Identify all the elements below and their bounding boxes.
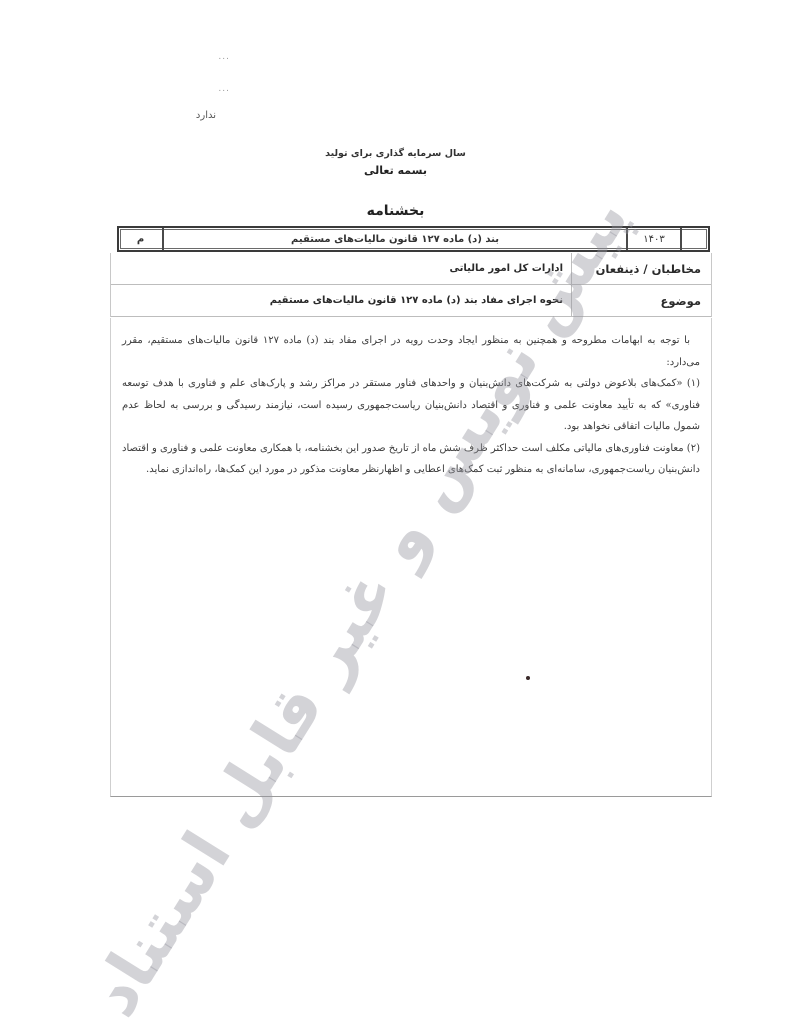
clause-2-paragraph: (۲) معاونت فناوری‌های مالیاتی مکلف است ح… <box>122 438 700 481</box>
letter-date-value: ... <box>190 84 230 94</box>
addressees-value: ادارات کل امور مالیاتی <box>111 253 571 284</box>
circular-body: با توجه به ابهامات مطروحه و همچنین به من… <box>122 330 700 481</box>
addressees-row: مخاطبان / ذینفعان ادارات کل امور مالیاتی <box>111 253 711 285</box>
subject-row: موضوع نحوه اجرای مفاد بند (د) ماده ۱۲۷ ق… <box>111 285 711 317</box>
scan-speck <box>526 676 530 680</box>
letter-number-value: ... <box>190 52 230 62</box>
info-table: مخاطبان / ذینفعان ادارات کل امور مالیاتی… <box>110 253 712 317</box>
circular-year: ۱۴۰۳ <box>628 228 682 250</box>
circular-title: بند (د) ماده ۱۲۷ قانون مالیات‌های مستقیم <box>164 228 628 250</box>
attachment-value: ندارد <box>156 110 216 121</box>
circular-blank-cell <box>682 228 708 250</box>
document-type-title: بخشنامه <box>0 203 791 219</box>
year-slogan: سال سرمایه گذاری برای تولید <box>0 148 791 159</box>
addressees-label: مخاطبان / ذینفعان <box>571 253 711 284</box>
circular-header-strip: م بند (د) ماده ۱۲۷ قانون مالیات‌های مستق… <box>117 226 710 252</box>
intro-paragraph: با توجه به ابهامات مطروحه و همچنین به من… <box>122 330 700 373</box>
subject-value: نحوه اجرای مفاد بند (د) ماده ۱۲۷ قانون م… <box>111 285 571 316</box>
basmala-heading: بسمه تعالی <box>0 164 791 177</box>
subject-label: موضوع <box>571 285 711 316</box>
clause-1-paragraph: (۱) «کمک‌های بلاعوض دولتی به شرکت‌های دا… <box>122 373 700 438</box>
circular-code: م <box>119 228 164 250</box>
